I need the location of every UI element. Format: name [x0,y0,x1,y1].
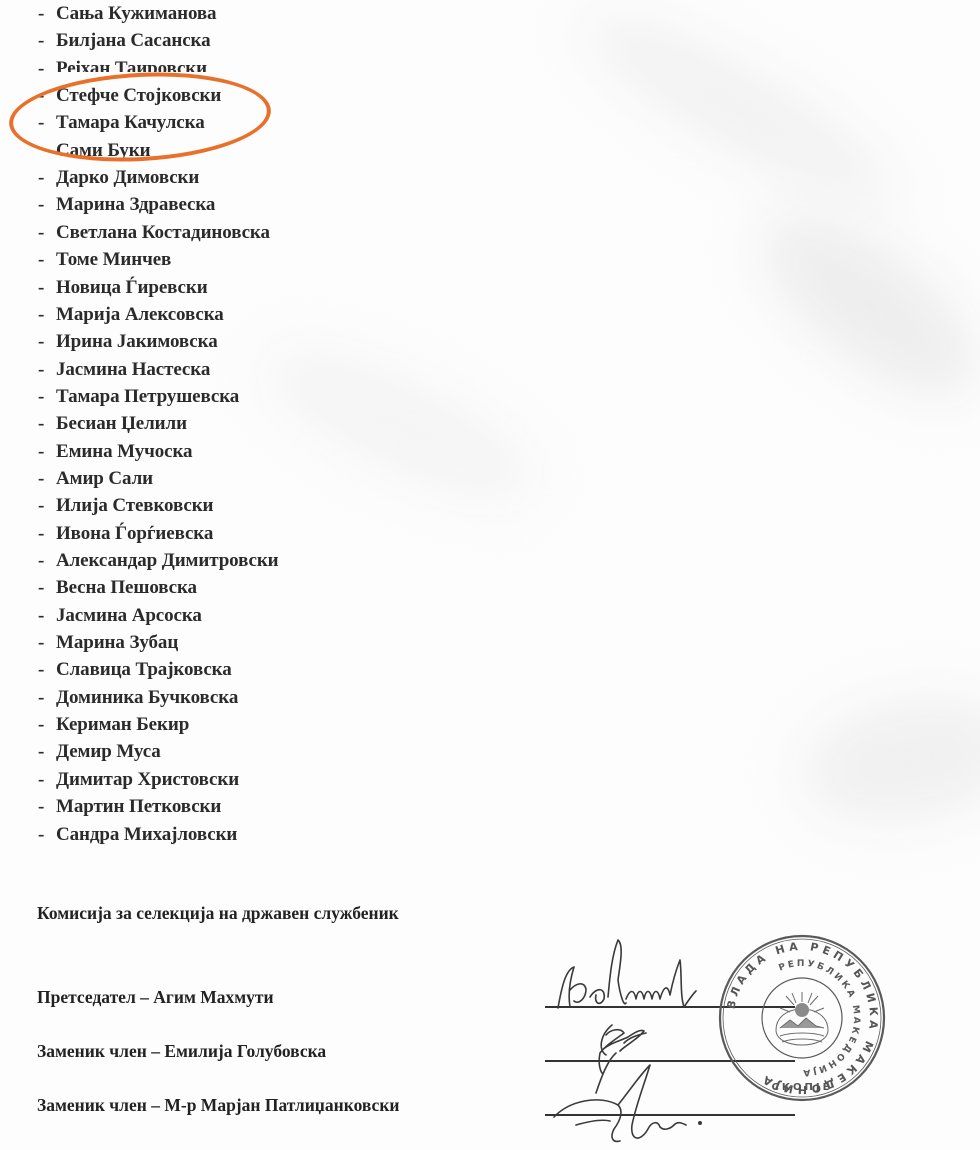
person-name: Тамара Петрушевска [56,386,239,407]
commission-title: Комисија за селекција на државен службен… [37,903,399,924]
person-name: Марина Здравеска [56,194,215,215]
person-name: Сандра Михајловски [56,824,237,845]
person-name: Дарко Димовски [56,167,199,188]
list-item: -Марина Здравеска [38,194,215,216]
list-item: -Илија Стевковски [38,495,213,517]
list-item: -Доминика Бучковска [38,687,238,709]
bullet-dash: - [38,741,56,763]
list-item: -Славица Трајковска [38,659,232,681]
person-name: Марија Алексовска [56,304,224,325]
person-name: Мартин Петковски [56,796,221,817]
bullet-dash: - [38,386,56,408]
bullet-dash: - [38,769,56,791]
bullet-dash: - [38,359,56,381]
bullet-dash: - [38,58,56,80]
list-item: -Демир Муса [38,741,161,763]
bullet-dash: - [38,495,56,517]
bullet-dash: - [38,605,56,627]
list-item: -Емина Мучоска [38,441,192,463]
coat-of-arms-icon [776,992,828,1045]
person-name: Марина Зубац [56,632,178,653]
scan-shadow [734,182,980,429]
person-name: Доминика Бучковска [56,687,238,708]
list-item-circled: -Стефче Стојковски [38,85,221,107]
person-name: Амир Сали [56,468,153,489]
bullet-dash: - [38,824,56,846]
member-name: Емилија Голубовска [164,1041,326,1061]
member-name: Агим Махмути [153,987,273,1007]
scan-shadow [791,682,980,838]
person-name: Димитар Христовски [56,769,239,790]
member-role: Заменик член [37,1095,147,1115]
scan-shadow [245,321,555,529]
list-item: -Сања Кужиманова [38,3,216,25]
person-name: Стефче Стојковски [56,85,221,106]
person-name: Јасмина Настеска [56,359,210,380]
bullet-dash: - [38,632,56,654]
bullet-dash: - [38,714,56,736]
bullet-dash: - [38,167,56,189]
person-name: Емина Мучоска [56,441,192,462]
member-role: Претседател [37,987,136,1007]
bullet-dash: - [38,3,56,25]
member-deputy-2: Заменик член – М-р Марјан Патлиџанковски [37,1095,399,1116]
list-item: -Ивона Ѓорѓиевска [38,523,213,545]
person-name: Демир Муса [56,741,161,762]
list-item: -Јасмина Арсоска [38,605,202,627]
stamp-inner-text: РЕПУБЛИКА МАКЕДОНИЈА [777,959,861,1077]
list-item: -Димитар Христовски [38,769,239,791]
scan-shadow [564,0,916,235]
svg-text:РЕПУБЛИКА МАКЕДОНИЈА: РЕПУБЛИКА МАКЕДОНИЈА [777,959,861,1077]
list-item: -Марина Зубац [38,632,178,654]
list-item: -Новица Ѓиревски [38,277,208,299]
person-name: Новица Ѓиревски [56,277,208,298]
list-item: -Дарко Димовски [38,167,199,189]
member-role: Заменик член [37,1041,147,1061]
list-item: -Светлана Костадиновска [38,222,270,244]
list-item: -Сами Буки [38,140,150,162]
bullet-dash: - [38,277,56,299]
list-item: -Билјана Сасанска [38,30,211,52]
bullet-dash: - [38,249,56,271]
member-name: М-р Марјан Патлиџанковски [164,1095,399,1115]
list-item: -Тамара Петрушевска [38,386,239,408]
list-item-circled: -Тамара Качулска [38,112,205,134]
person-name: Томе Минчев [56,249,171,270]
list-item: -Мартин Петковски [38,796,221,818]
bullet-dash: - [38,413,56,435]
bullet-dash: - [38,687,56,709]
list-item: -Томе Минчев [38,249,171,271]
person-name: Александар Димитровски [56,550,279,571]
person-name: Реіхан Таировски [56,58,207,79]
list-item: -Марија Алексовска [38,304,224,326]
person-name: Илија Стевковски [56,495,213,516]
bullet-dash: - [38,659,56,681]
bullet-dash: - [38,796,56,818]
person-name: Светлана Костадиновска [56,222,270,243]
bullet-dash: - [38,331,56,353]
person-name: Билјана Сасанска [56,30,211,51]
list-item: -Весна Пешовска [38,577,197,599]
person-name: Тамара Качулска [56,112,205,133]
list-item: -Бесиан Џелили [38,413,187,435]
person-name: Ивона Ѓорѓиевска [56,523,213,544]
person-name: Весна Пешовска [56,577,197,598]
bullet-dash: - [38,523,56,545]
bullet-dash: - [38,304,56,326]
list-item: -Александар Димитровски [38,550,279,572]
stamp-city: СКОПЈЕ [772,1082,833,1093]
list-item: -Јасмина Настеска [38,359,210,381]
member-chairman: Претседател – Агим Махмути [37,987,274,1008]
person-name: Сања Кужиманова [56,3,216,24]
bullet-dash: - [38,222,56,244]
person-name: Сами Буки [56,140,150,161]
bullet-dash: - [38,577,56,599]
list-item: -Сандра Михајловски [38,824,237,846]
official-stamp: ВЛАДА НА РЕПУБЛИКА МАКЕДОНИЈА РЕПУБЛИКА … [716,932,888,1104]
member-deputy-1: Заменик член – Емилија Голубовска [37,1041,326,1062]
list-item: -Ирина Јакимовска [38,331,218,353]
bullet-dash: - [38,441,56,463]
list-item: -Амир Сали [38,468,153,490]
person-name: Јасмина Арсоска [56,605,202,626]
bullet-dash: - [38,194,56,216]
person-name: Ирина Јакимовска [56,331,218,352]
bullet-dash: - [38,30,56,52]
bullet-dash: - [38,468,56,490]
bullet-dash: - [38,85,56,107]
bullet-dash: - [38,112,56,134]
person-name: Бесиан Џелили [56,413,187,434]
list-item: -Реіхан Таировски [38,58,207,80]
list-item: -Кериман Бекир [38,714,189,736]
person-name: Славица Трајковска [56,659,232,680]
bullet-dash: - [38,550,56,572]
person-name: Кериман Бекир [56,714,189,735]
